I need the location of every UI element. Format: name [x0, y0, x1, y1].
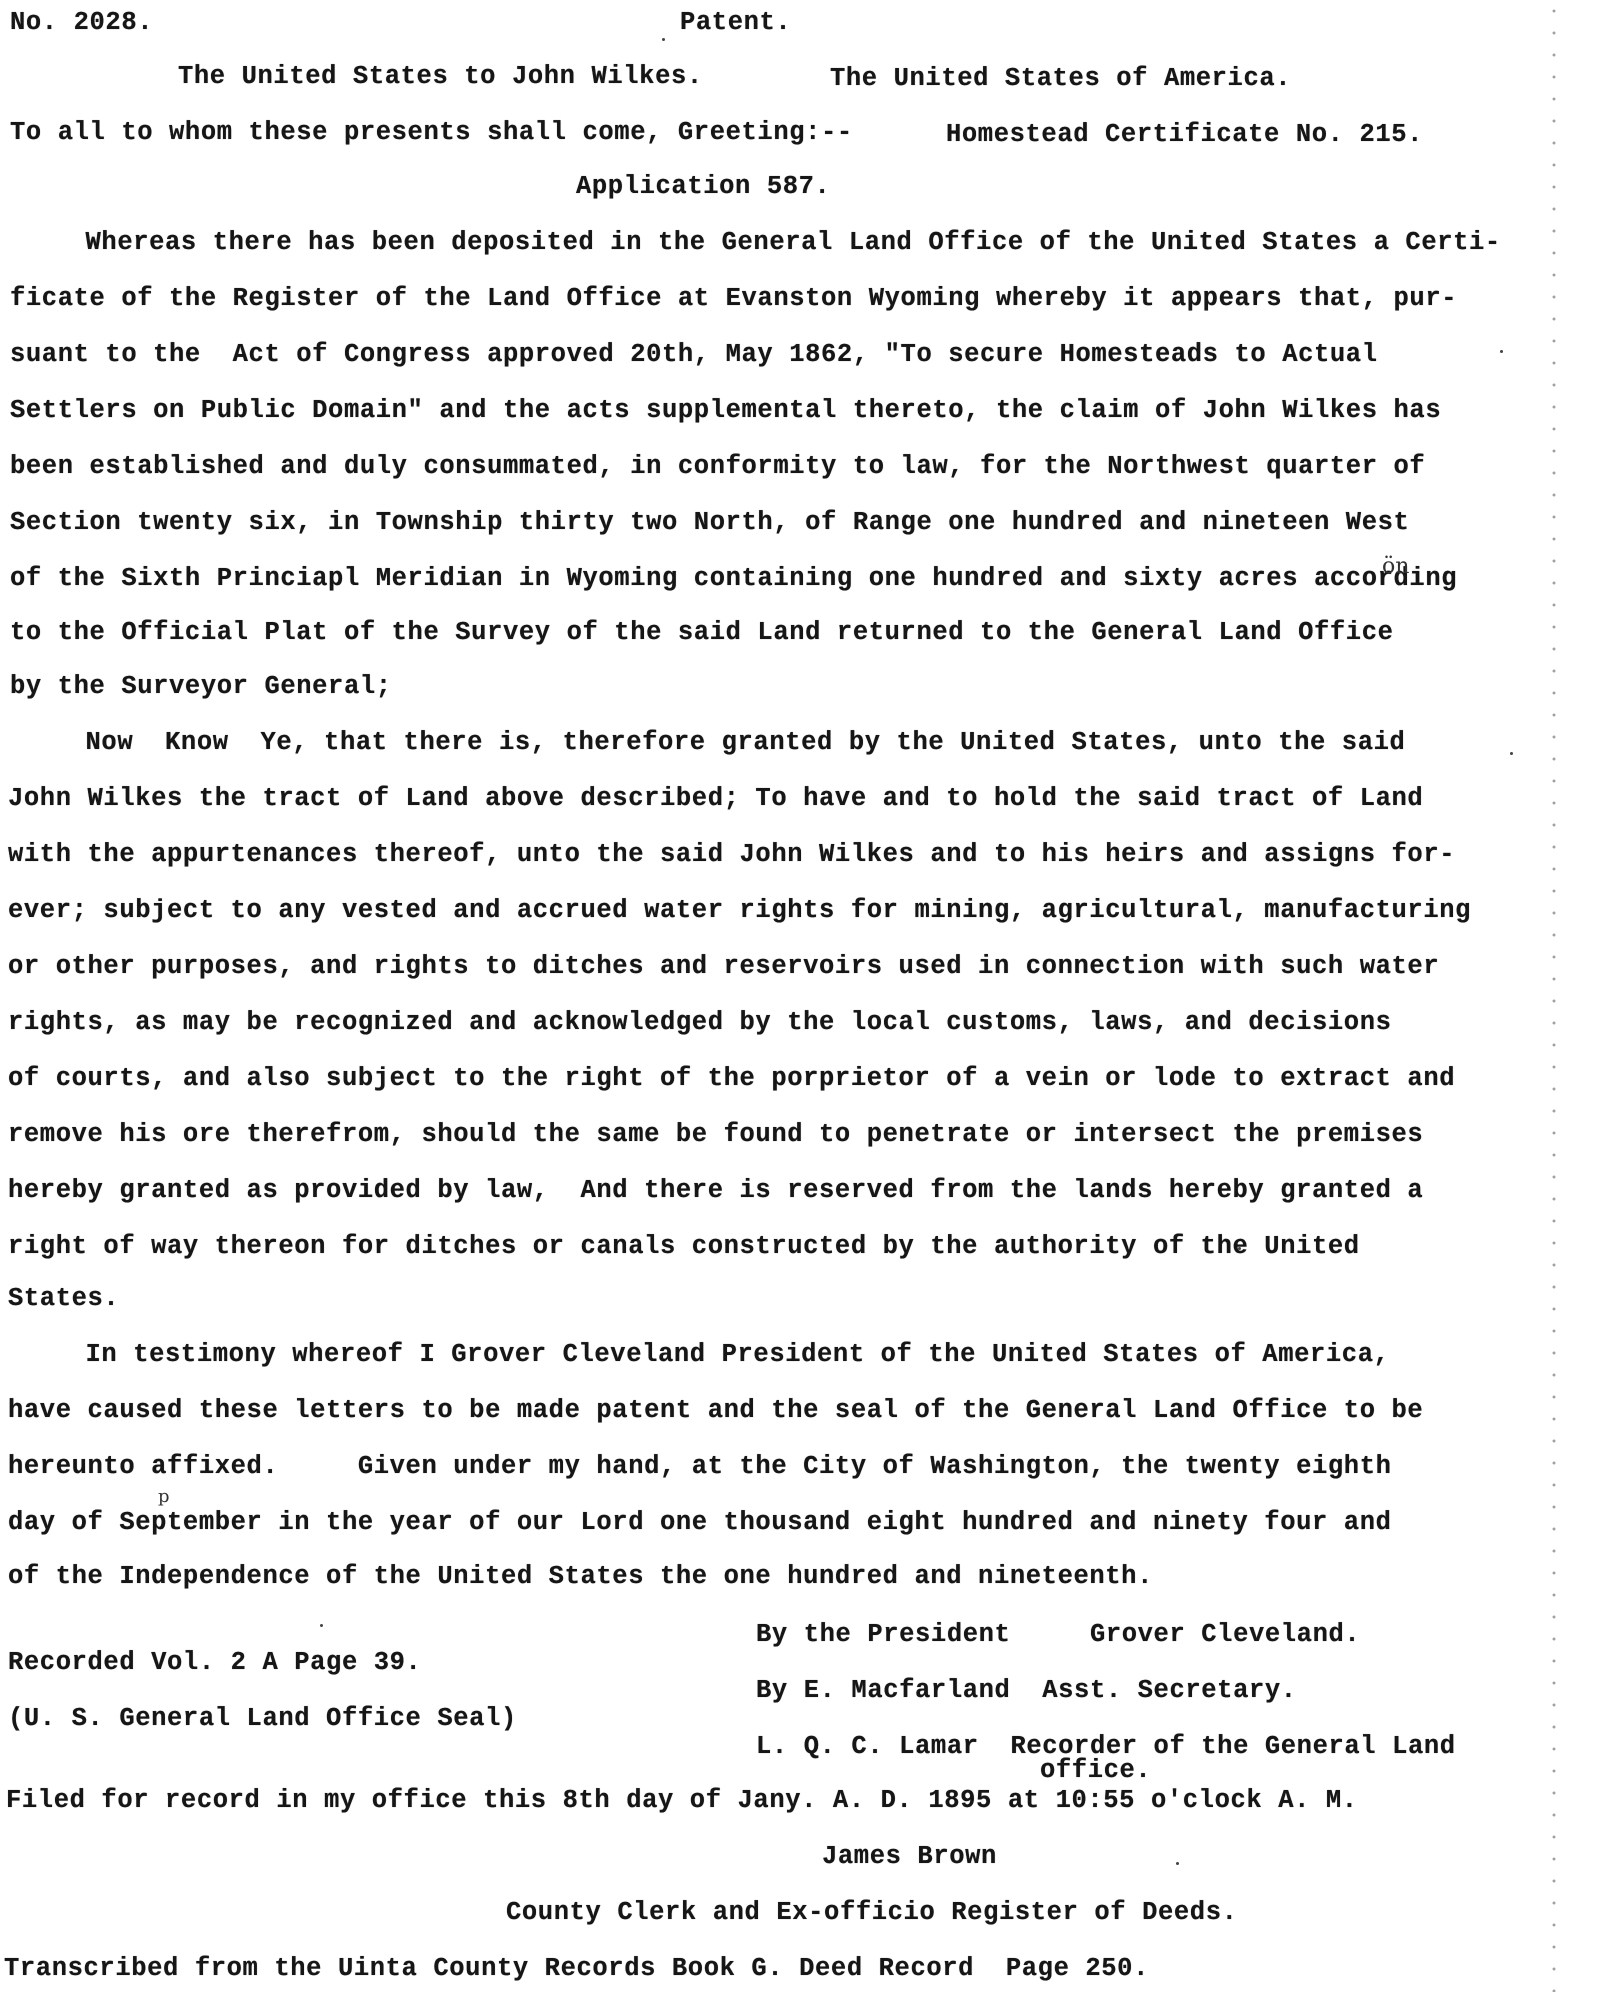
body-text-line: ever; subject to any vested and accrued … — [8, 896, 1471, 926]
handwritten-correction-mark: p — [158, 1486, 170, 1507]
issuing-authority: The United States of America. — [830, 64, 1291, 94]
ink-speck — [1510, 752, 1513, 755]
ink-speck — [662, 38, 665, 41]
recorded-volume: Recorded Vol. 2 A Page 39. — [8, 1648, 421, 1678]
greeting-line: To all to whom these presents shall come… — [10, 118, 853, 148]
president-signature-line: By the President Grover Cleveland. — [756, 1620, 1360, 1650]
seal-notation: (U. S. General Land Office Seal) — [8, 1704, 517, 1734]
body-text-line: of courts, and also subject to the right… — [8, 1064, 1455, 1094]
transcription-note: Transcribed from the Uinta County Record… — [4, 1954, 1149, 1984]
body-text-line: by the Surveyor General; — [10, 672, 392, 702]
body-text-line: In testimony whereof I Grover Cleveland … — [6, 1340, 1390, 1370]
body-text-line: rights, as may be recognized and acknowl… — [8, 1008, 1392, 1038]
body-text-line: have caused these letters to be made pat… — [8, 1396, 1423, 1426]
application-number: Application 587. — [576, 172, 830, 202]
document-type: Patent. — [680, 8, 791, 38]
ink-speck — [1500, 350, 1503, 353]
body-text-line: Settlers on Public Domain" and the acts … — [10, 396, 1441, 426]
clerk-title: County Clerk and Ex-officio Register of … — [506, 1898, 1238, 1928]
homestead-certificate: Homestead Certificate No. 215. — [946, 120, 1423, 150]
body-text-line: or other purposes, and rights to ditches… — [8, 952, 1439, 982]
body-text-line: of the Independence of the United States… — [8, 1562, 1153, 1592]
body-text-line: John Wilkes the tract of Land above desc… — [8, 784, 1423, 814]
body-text-line: States. — [8, 1284, 119, 1314]
body-text-line: Section twenty six, in Township thirty t… — [10, 508, 1409, 538]
body-text-line: been established and duly consummated, i… — [10, 452, 1425, 482]
body-text-line: suant to the Act of Congress approved 20… — [10, 340, 1378, 370]
patent-document-page: No. 2028. Patent. The United States to J… — [0, 0, 1600, 1992]
grant-parties: The United States to John Wilkes. — [178, 62, 703, 92]
clerk-name: James Brown — [822, 1842, 997, 1872]
body-text-line: of the Sixth Princiapl Meridian in Wyomi… — [10, 564, 1457, 594]
document-number: No. 2028. — [10, 8, 153, 38]
ink-speck — [1176, 1862, 1179, 1865]
secretary-signature-line: By E. Macfarland Asst. Secretary. — [756, 1676, 1297, 1706]
ink-speck — [1238, 1247, 1241, 1250]
body-text-line: hereby granted as provided by law, And t… — [8, 1176, 1423, 1206]
body-text-line: ficate of the Register of the Land Offic… — [10, 284, 1457, 314]
body-text-line: day of September in the year of our Lord… — [8, 1508, 1392, 1538]
filing-statement: Filed for record in my office this 8th d… — [6, 1786, 1358, 1816]
body-text-line: remove his ore therefrom, should the sam… — [8, 1120, 1423, 1150]
body-text-line: Now Know Ye, that there is, therefore gr… — [6, 728, 1405, 758]
perforated-edge — [1552, 0, 1556, 1992]
body-text-line: hereunto affixed. Given under my hand, a… — [8, 1452, 1392, 1482]
handwritten-insertion-mark: ön — [1382, 554, 1409, 579]
body-text-line: to the Official Plat of the Survey of th… — [10, 618, 1394, 648]
body-text-line: Whereas there has been deposited in the … — [6, 228, 1501, 258]
ink-speck — [320, 1624, 323, 1627]
recorder-signature-line-cont: office. — [1040, 1756, 1151, 1786]
body-text-line: right of way thereon for ditches or cana… — [8, 1232, 1360, 1262]
body-text-line: with the appurtenances thereof, unto the… — [8, 840, 1455, 870]
